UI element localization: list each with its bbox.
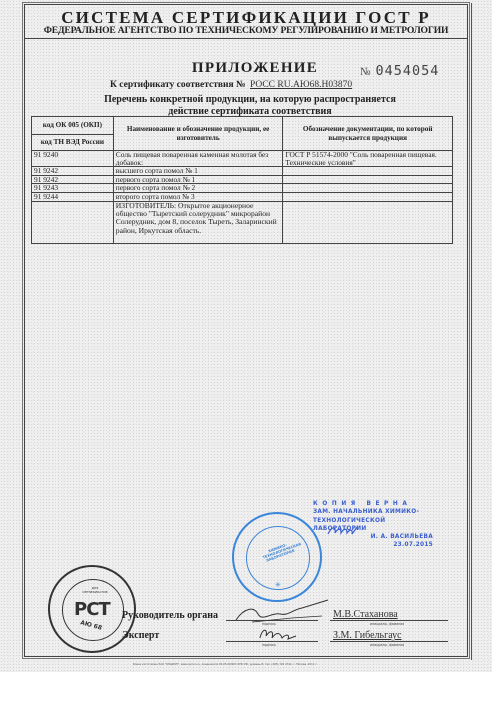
name-line-head: [330, 620, 448, 621]
row-product: ИЗГОТОВИТЕЛЬ: Открытое акционерное общес…: [113, 201, 283, 243]
signature-head-icon: [232, 598, 332, 626]
header-divider: [24, 38, 468, 39]
row-product: высшего сорта помол № 1: [113, 167, 283, 176]
agency-title: ФЕДЕРАЛЬНОЕ АГЕНТСТВО ПО ТЕХНИЧЕСКОМУ РЕ…: [24, 25, 468, 36]
row-product: Соль пищевая поваренная каменная молотая…: [113, 151, 283, 167]
seal-emblem-icon: ✳: [275, 581, 281, 589]
product-list-title-line1: Перечень конкретной продукции, на котору…: [60, 94, 440, 106]
seal-top-text: ДЛЯ СЕРТИФИКАТОВ: [80, 587, 110, 594]
product-list-title: Перечень конкретной продукции, на котору…: [60, 94, 440, 118]
row-code: 91 9242: [32, 167, 114, 176]
row-code: 91 9244: [32, 192, 114, 201]
signature-name-expert: З.М. Гибельгаус: [333, 630, 402, 641]
copy-stamp-date: 23.07.2015: [313, 541, 433, 549]
rst-mark-icon: РСТ: [74, 599, 110, 620]
row-documentation: [283, 167, 453, 176]
row-documentation: [283, 192, 453, 201]
name-line-expert: [330, 641, 448, 642]
printer-footnote: Бланк изготовлен ЗАО "ОПЦИОН", www.opcio…: [133, 663, 363, 667]
header-code-tnved: код ТН ВЭД России: [32, 135, 114, 151]
table-row-manufacturer: ИЗГОТОВИТЕЛЬ: Открытое акционерное общес…: [32, 201, 453, 243]
row-documentation: [283, 184, 453, 193]
appendix-title: ПРИЛОЖЕНИЕ: [180, 60, 330, 77]
form-serial-number: №0454054: [360, 63, 439, 79]
product-table: код ОК 005 (ОКП) Наименование и обозначе…: [31, 116, 453, 244]
name-caption-head: инициалы, фамилия: [370, 622, 404, 626]
row-documentation: [283, 201, 453, 243]
signature-role-expert: Эксперт: [122, 630, 159, 641]
name-caption-expert: инициалы, фамилия: [370, 643, 404, 647]
signature-name-head: М.В.Стаханова: [333, 609, 398, 620]
table-row: 91 9240 Соль пищевая поваренная каменная…: [32, 151, 453, 167]
signature-expert-icon: [258, 626, 298, 642]
table-row: 91 9243 первого сорта помол № 2: [32, 184, 453, 193]
header-code-okp: код ОК 005 (ОКП): [32, 117, 114, 135]
table-row: 91 9242 первого сорта помол № 1: [32, 175, 453, 184]
certificate-number: РОСС RU.АЮ68.Н03870: [250, 80, 352, 90]
row-documentation: ГОСТ Р 51574-2000 "Соль поваренная пищев…: [283, 151, 453, 167]
header-documentation: Обозначение документации, по которой вып…: [283, 117, 453, 151]
certificate-reference: К сертификату соответствия № РОСС RU.АЮ6…: [110, 80, 420, 90]
laboratory-seal-icon: ХИМИКО-ТЕХНОЛОГИЧЕСКАЯ ЛАБОРАТОРИЯ ✳: [232, 512, 322, 602]
serial-value: 0454054: [376, 63, 440, 79]
copy-stamp-line1: КОПИЯ ВЕРНА: [313, 500, 433, 508]
copy-stamp-signature-icon: [326, 524, 360, 538]
copy-stamp-line2: ЗАМ. НАЧАЛЬНИКА ХИМИКО-: [313, 508, 433, 516]
table-row: 91 9244 второго сорта помол № 3: [32, 192, 453, 201]
seal-body-code: АЮ 68: [79, 619, 102, 631]
row-code: [32, 201, 114, 243]
signature-caption-expert: подпись: [262, 643, 276, 647]
row-product: второго сорта помол № 3: [113, 192, 283, 201]
number-sign: №: [360, 66, 372, 78]
header-product: Наименование и обозначение продукции, ее…: [113, 117, 283, 151]
laboratory-seal-text: ХИМИКО-ТЕХНОЛОГИЧЕСКАЯ ЛАБОРАТОРИЯ: [261, 541, 297, 564]
row-documentation: [283, 175, 453, 184]
table-row: 91 9242 высшего сорта помол № 1: [32, 167, 453, 176]
row-code: 91 9240: [32, 151, 114, 167]
certificate-prefix: К сертификату соответствия №: [110, 80, 246, 90]
signature-role-head: Руководитель органа: [122, 610, 218, 621]
